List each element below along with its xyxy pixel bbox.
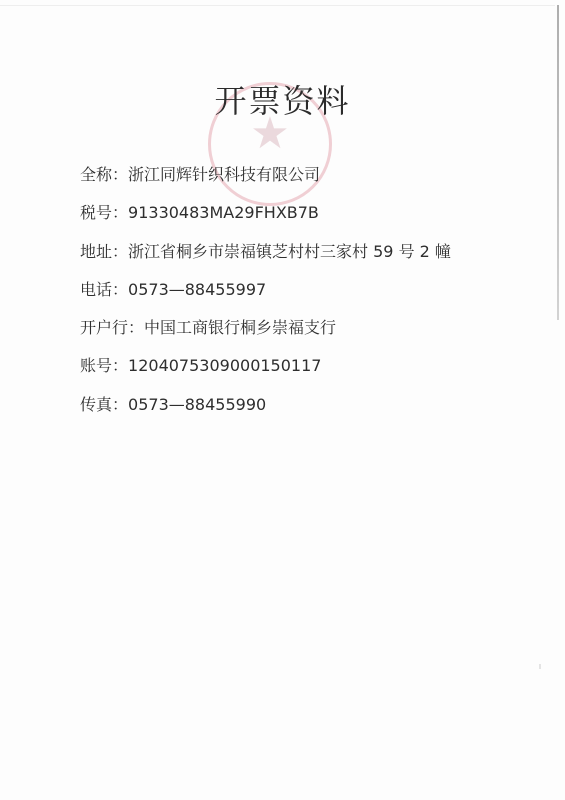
field-bank: 开户行：中国工商银行桐乡崇福支行: [80, 318, 336, 338]
field-value: 浙江省桐乡市崇福镇芝村村三家村 59 号 2 幢: [128, 242, 451, 261]
field-colon: ：: [112, 203, 128, 222]
field-label: 传真: [80, 395, 112, 414]
scan-speck: [539, 664, 541, 669]
field-value: 0573—88455990: [128, 395, 266, 414]
field-tax-id: 税号：91330483MA29FHXB7B: [80, 203, 319, 223]
field-value: 0573—88455997: [128, 280, 266, 299]
field-address: 地址：浙江省桐乡市崇福镇芝村村三家村 59 号 2 幢: [80, 242, 451, 262]
field-value: 1204075309000150117: [128, 356, 321, 375]
field-label: 地址: [80, 242, 112, 261]
field-value: 中国工商银行桐乡崇福支行: [144, 318, 336, 337]
field-value: 浙江同辉针织科技有限公司: [128, 165, 320, 184]
page-title: 开票资料: [0, 76, 565, 122]
field-label: 开户行: [80, 318, 128, 337]
field-label: 全称: [80, 165, 112, 184]
scanned-page: ★ 开票资料 全称：浙江同辉针织科技有限公司 税号：91330483MA29FH…: [0, 0, 565, 800]
field-colon: ：: [112, 395, 128, 414]
field-colon: ：: [112, 242, 128, 261]
field-label: 账号: [80, 356, 112, 375]
page-top-edge: [0, 5, 555, 6]
field-value: 91330483MA29FHXB7B: [128, 203, 319, 222]
field-fax: 传真：0573—88455990: [80, 395, 266, 415]
field-phone: 电话：0573—88455997: [80, 280, 266, 300]
field-label: 税号: [80, 203, 112, 222]
field-colon: ：: [112, 356, 128, 375]
field-colon: ：: [112, 165, 128, 184]
field-full-name: 全称：浙江同辉针织科技有限公司: [80, 165, 320, 185]
field-colon: ：: [112, 280, 128, 299]
field-label: 电话: [80, 280, 112, 299]
field-colon: ：: [128, 318, 144, 337]
page-right-edge-shadow: [557, 5, 559, 320]
field-account-number: 账号：1204075309000150117: [80, 356, 321, 376]
